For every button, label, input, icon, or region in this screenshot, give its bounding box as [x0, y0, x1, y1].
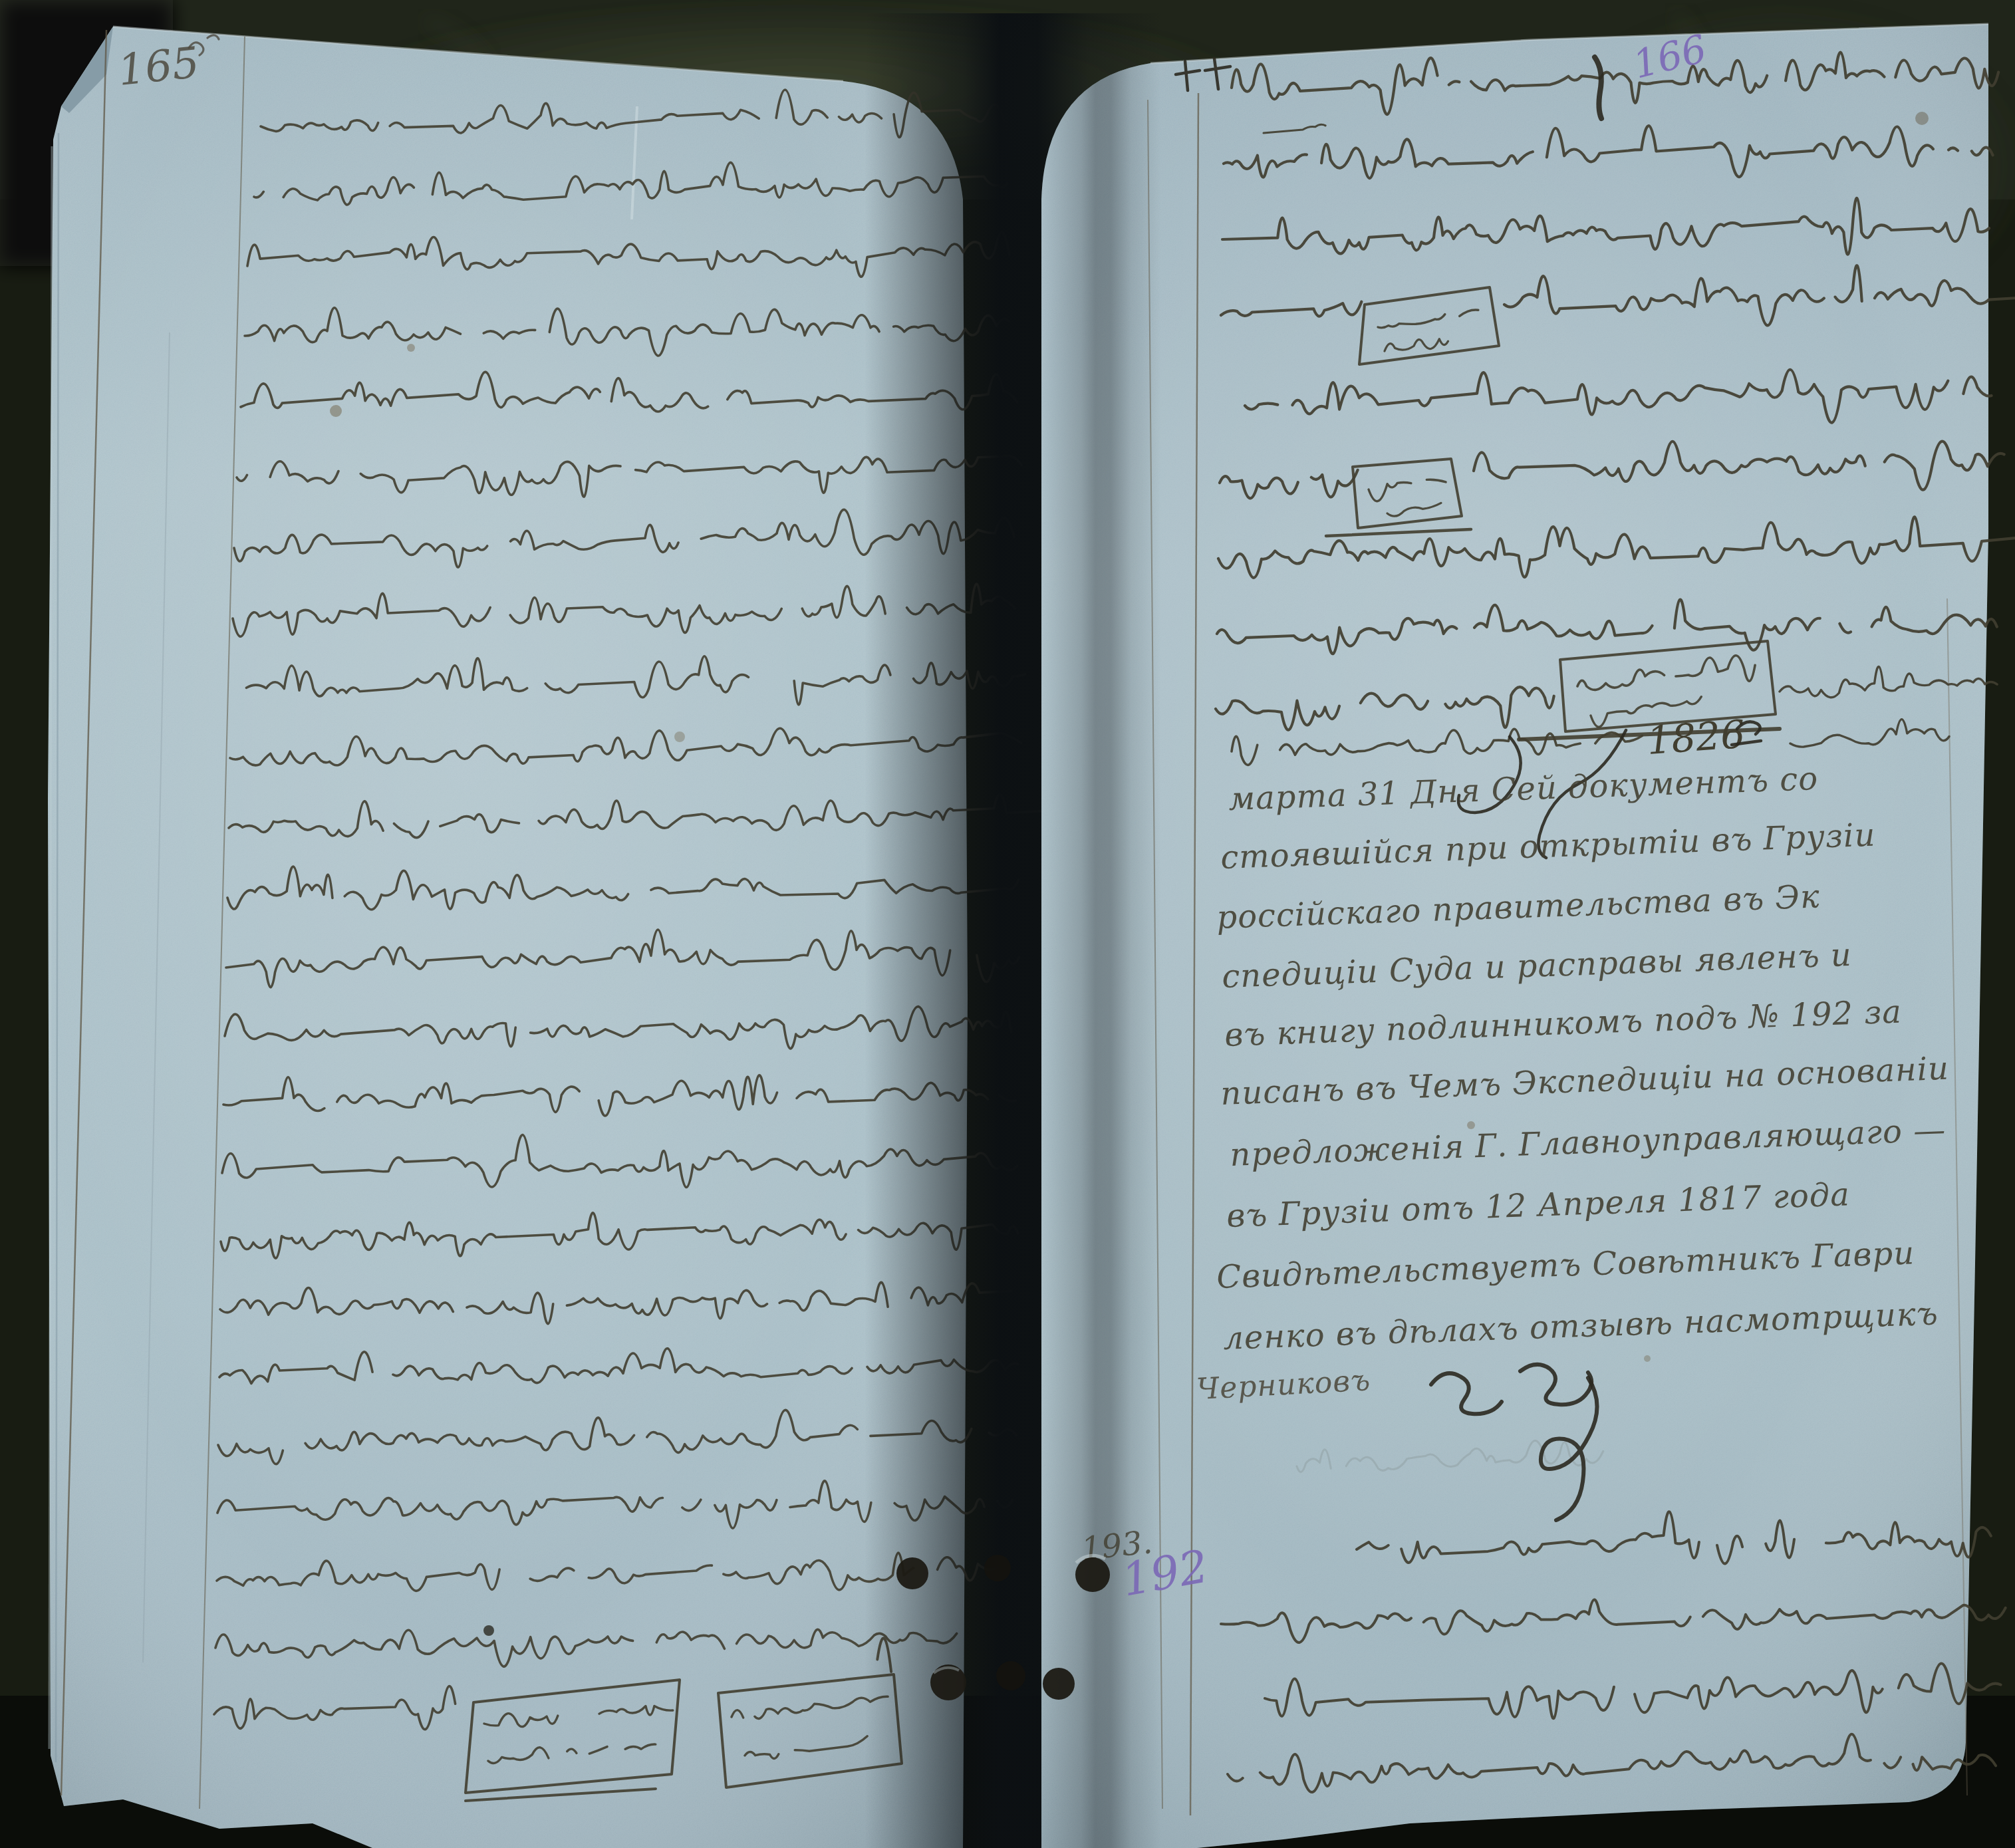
ink-blot: [483, 1625, 494, 1636]
stain: [1644, 1355, 1651, 1362]
binding-hole: [1075, 1557, 1110, 1592]
stain: [674, 731, 685, 742]
manuscript-canvas: 165 166 193. 192 1826 Черниковъ марта 31…: [0, 0, 2015, 1848]
left-page-texture: [40, 13, 984, 1848]
stain: [330, 405, 342, 417]
binding-hole: [984, 1555, 1011, 1581]
binding-hole: [1043, 1668, 1075, 1700]
binding-hole: [896, 1557, 928, 1589]
manuscript-photo: 165 166 193. 192 1826 Черниковъ марта 31…: [0, 0, 2015, 1848]
stain: [407, 344, 415, 352]
binding-hole: [996, 1661, 1025, 1690]
binding-hole: [930, 1664, 966, 1700]
right-page: 166 193. 192 1826 Черниковъ марта 31 Дня…: [1037, 20, 2015, 1848]
stain: [1915, 112, 1929, 125]
year-annotation: 1826: [1645, 712, 1746, 763]
